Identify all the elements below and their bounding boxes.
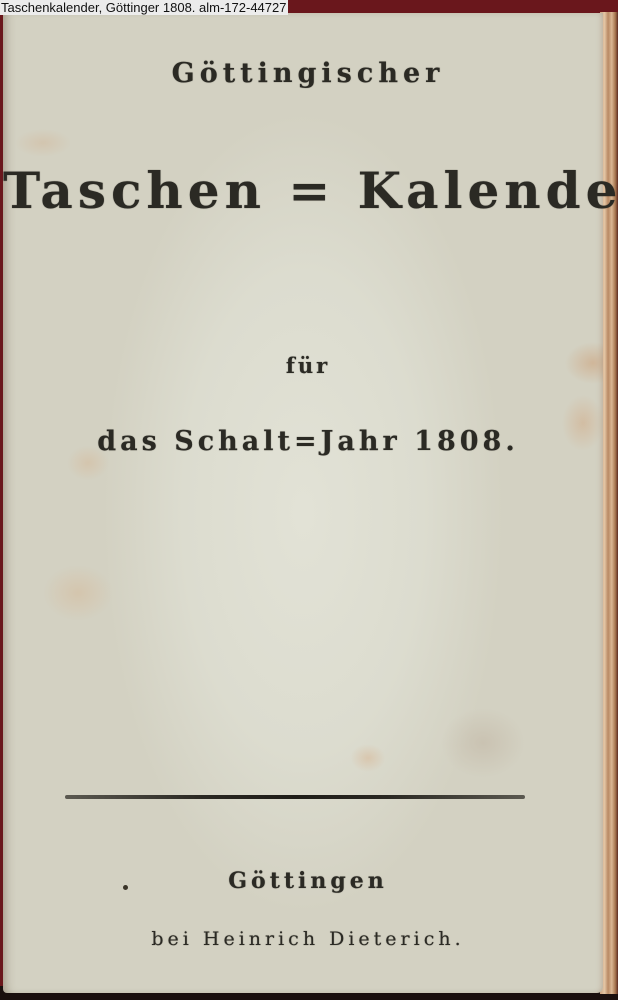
title-line-fuer: für: [3, 353, 613, 378]
title-line-taschen-kalender: Taschen = Kalender: [3, 161, 613, 220]
title-page: Göttingischer Taschen = Kalender für das…: [3, 13, 603, 993]
imprint-publisher: bei Heinrich Dieterich.: [3, 928, 613, 950]
scanned-page-view: Göttingischer Taschen = Kalender für das…: [0, 0, 618, 1000]
title-line-schaltjahr: das Schalt=Jahr 1808.: [3, 426, 613, 457]
title-line-goettingischer: Göttingischer: [3, 58, 613, 89]
imprint-place: Göttingen: [3, 868, 613, 894]
horizontal-rule-divider: [65, 795, 525, 799]
image-caption-label: Taschenkalender, Göttinger 1808. alm-172…: [0, 0, 288, 15]
